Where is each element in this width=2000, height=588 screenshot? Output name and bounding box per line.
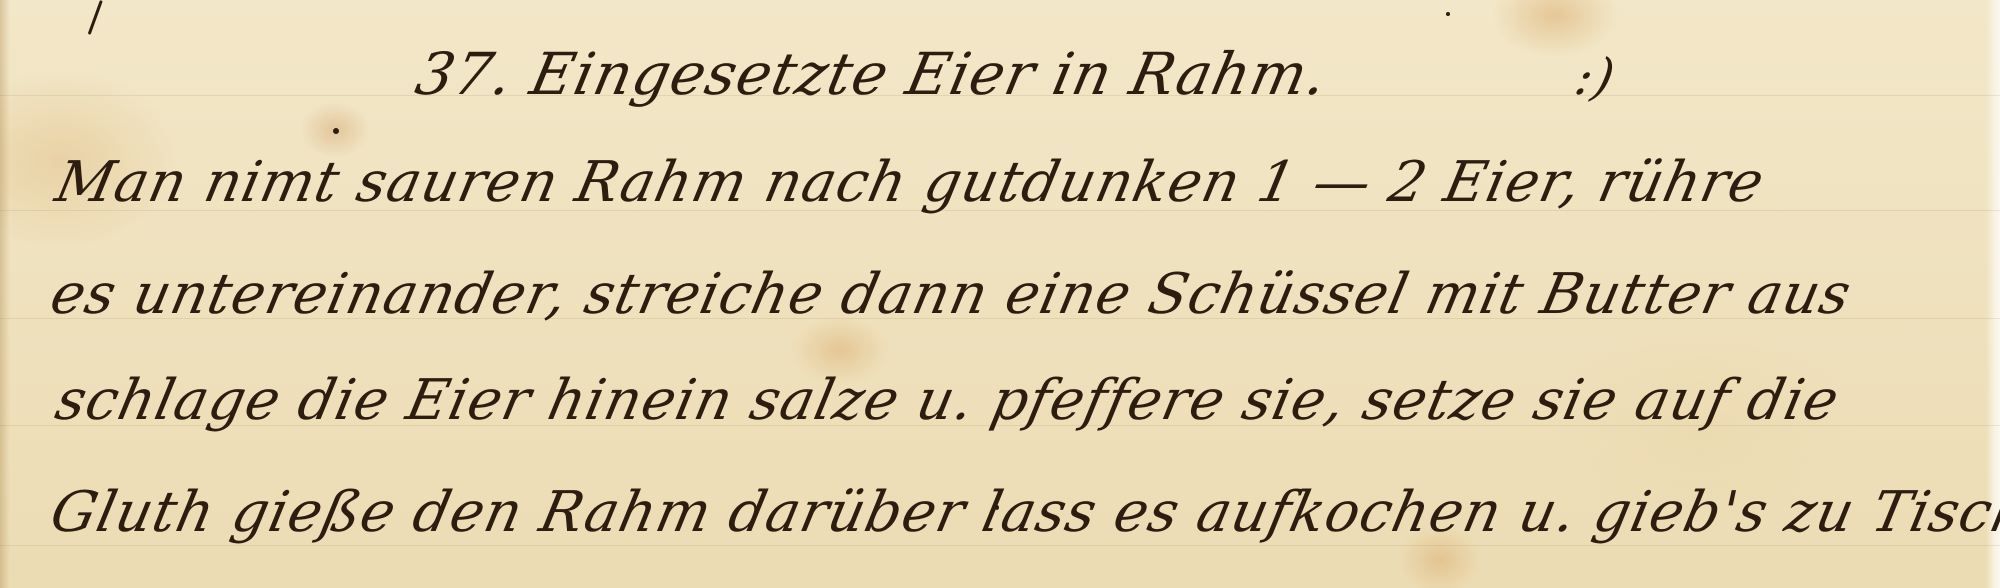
text-line-2: es untereinander, streiche dann eine Sch… xyxy=(45,262,1857,327)
ink-stroke xyxy=(88,0,103,35)
text-line-1: Man nimt sauren Rahm nach gutdunken 1 — … xyxy=(50,150,1770,215)
ink-speck xyxy=(333,128,339,134)
text-line-4: Gluth gieße den Rahm darüber lass es auf… xyxy=(45,480,2000,545)
recipe-heading: 37. Eingesetzte Eier in Rahm. xyxy=(410,40,1334,108)
page-edge-left xyxy=(0,0,10,588)
ink-speck xyxy=(1446,12,1450,16)
recipe-title: Eingesetzte Eier in Rahm. xyxy=(525,40,1334,108)
faint-ruling xyxy=(0,545,2000,546)
manuscript-page: 37. Eingesetzte Eier in Rahm. :) Man nim… xyxy=(0,0,2000,588)
recipe-number: 37. xyxy=(410,40,520,108)
ink-speck xyxy=(995,505,999,510)
margin-mark: :) xyxy=(1570,48,1621,106)
text-line-3: schlage die Eier hinein salze u. pfeffer… xyxy=(50,368,1845,433)
